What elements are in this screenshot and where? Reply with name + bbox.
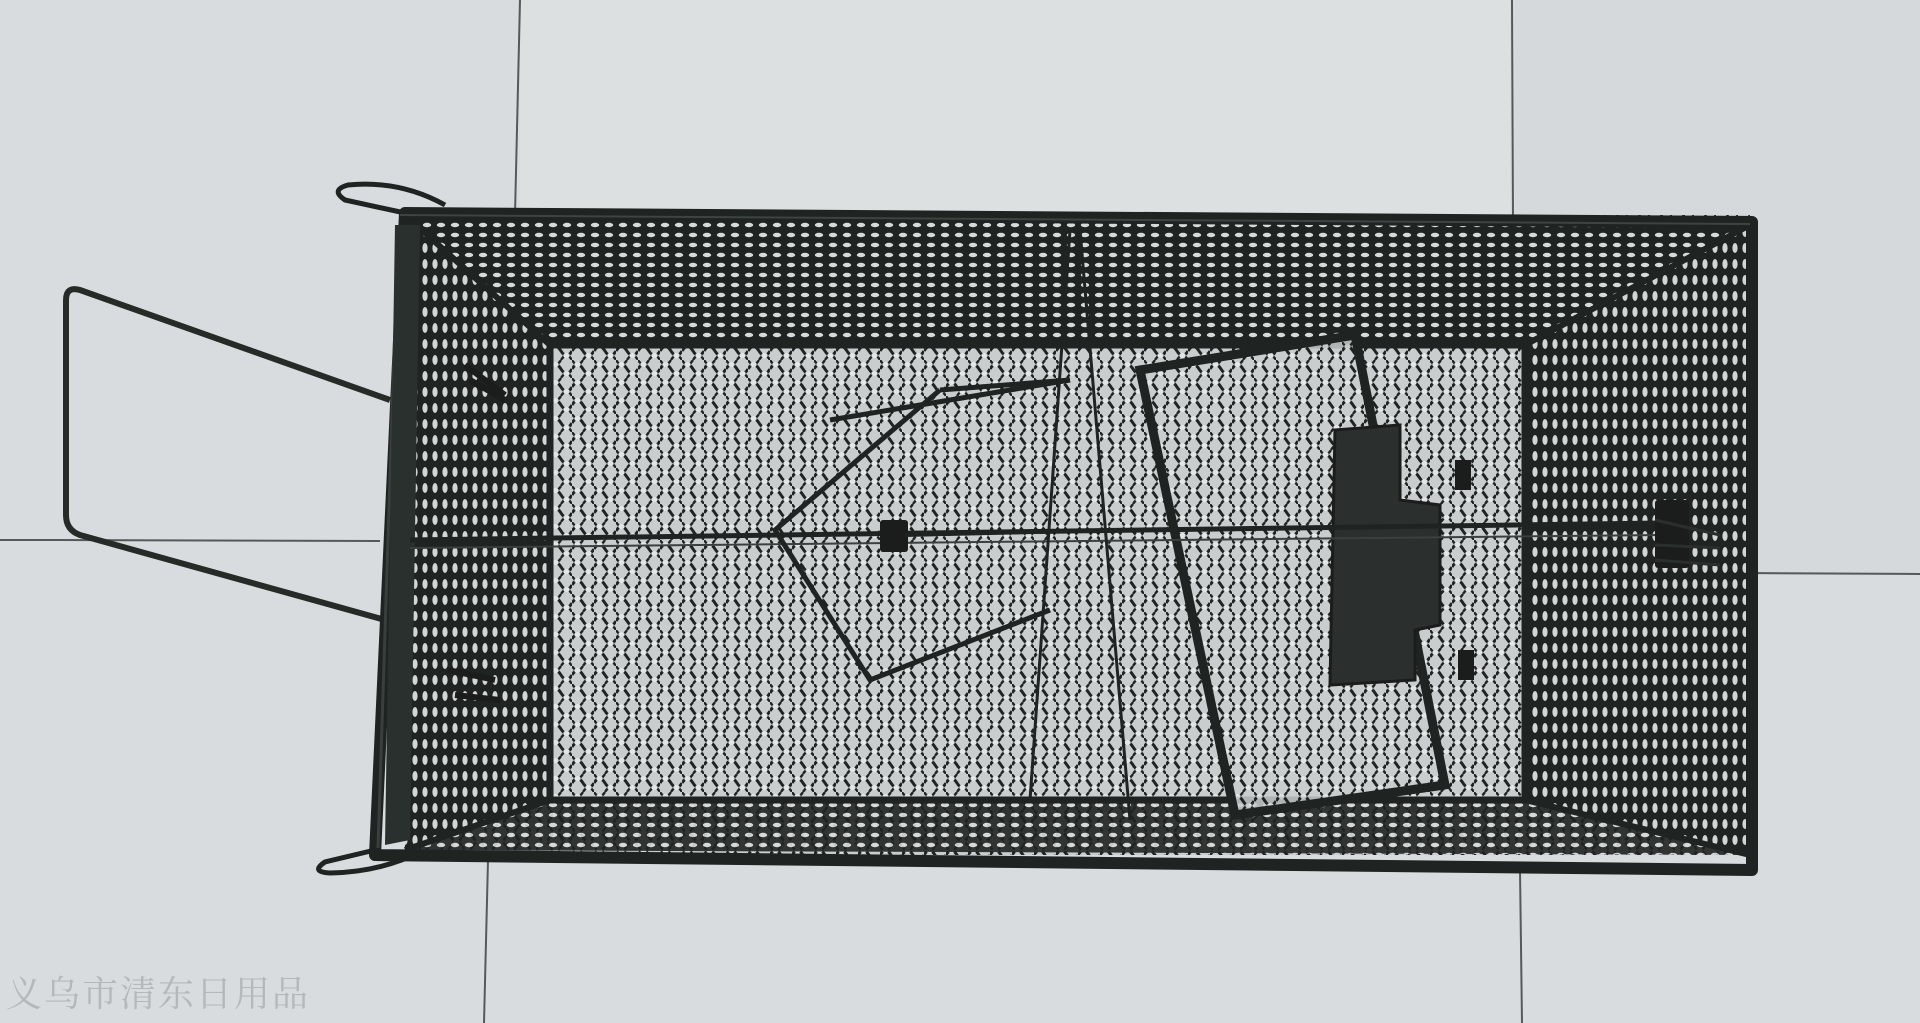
product-photo: 义乌市清东日用品 [0, 0, 1920, 1023]
trigger-latch [1655, 500, 1689, 568]
trap-cage-illustration [0, 0, 1920, 1023]
watermark-text: 义乌市清东日用品 [6, 966, 310, 1017]
